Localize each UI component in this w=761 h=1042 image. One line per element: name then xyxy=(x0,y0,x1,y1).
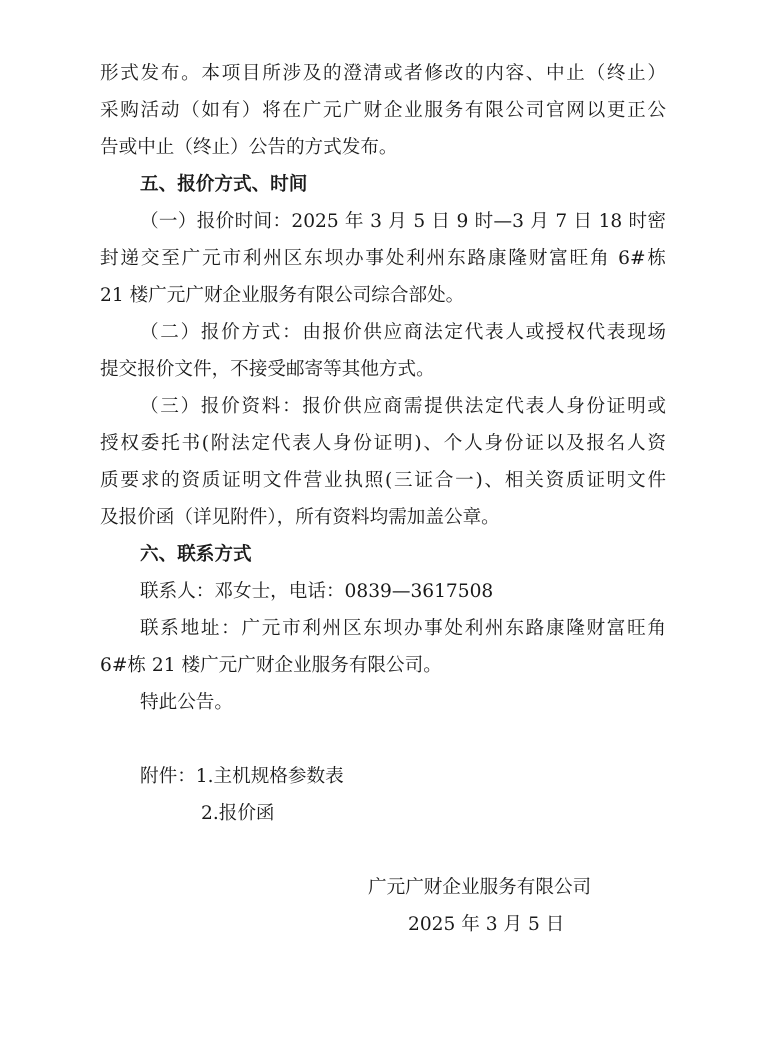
spacer xyxy=(100,832,666,869)
document-page: 形式发布。本项目所涉及的澄清或者修改的内容、中止（终止） 采购活动（如有）将在广… xyxy=(100,55,666,943)
quote-method-line: 提交报价文件，不接受邮寄等其他方式。 xyxy=(100,351,666,388)
quote-time-line: 21 楼广元广财企业服务有限公司综合部处。 xyxy=(100,277,666,314)
attachment-item-2: 2.报价函 xyxy=(100,795,666,832)
quote-materials-line: （三）报价资料：报价供应商需提供法定代表人身份证明或 xyxy=(100,388,666,425)
quote-materials-line: 及报价函（详见附件），所有资料均需加盖公章。 xyxy=(100,499,666,536)
quote-method-line: （二）报价方式：由报价供应商法定代表人或授权代表现场 xyxy=(100,314,666,351)
contact-address-line: 6#栋 21 楼广元广财企业服务有限公司。 xyxy=(100,647,666,684)
attachment-item-1: 附件：1.主机规格参数表 xyxy=(100,758,666,795)
contact-address-line: 联系地址：广元市利州区东坝办事处利州东路康隆财富旺角 xyxy=(100,610,666,647)
section-heading-quote-method: 五、报价方式、时间 xyxy=(100,166,666,203)
quote-materials-line: 质要求的资质证明文件营业执照(三证合一)、相关资质证明文件 xyxy=(100,462,666,499)
signature-date: 2025 年 3 月 5 日 xyxy=(100,906,666,943)
quote-time-line: （一）报价时间：2025 年 3 月 5 日 9 时—3 月 7 日 18 时密 xyxy=(100,203,666,240)
body-text-line: 形式发布。本项目所涉及的澄清或者修改的内容、中止（终止） xyxy=(100,55,666,92)
spacer xyxy=(100,721,666,758)
signature-company: 广元广财企业服务有限公司 xyxy=(100,869,666,906)
body-text-line: 采购活动（如有）将在广元广财企业服务有限公司官网以更正公 xyxy=(100,92,666,129)
closing-remark: 特此公告。 xyxy=(100,684,666,721)
contact-person: 联系人：邓女士，电话：0839—3617508 xyxy=(100,573,666,610)
quote-materials-line: 授权委托书(附法定代表人身份证明)、个人身份证以及报名人资 xyxy=(100,425,666,462)
section-heading-contact: 六、联系方式 xyxy=(100,536,666,573)
quote-time-line: 封递交至广元市利州区东坝办事处利州东路康隆财富旺角 6#栋 xyxy=(100,240,666,277)
body-text-line: 告或中止（终止）公告的方式发布。 xyxy=(100,129,666,166)
